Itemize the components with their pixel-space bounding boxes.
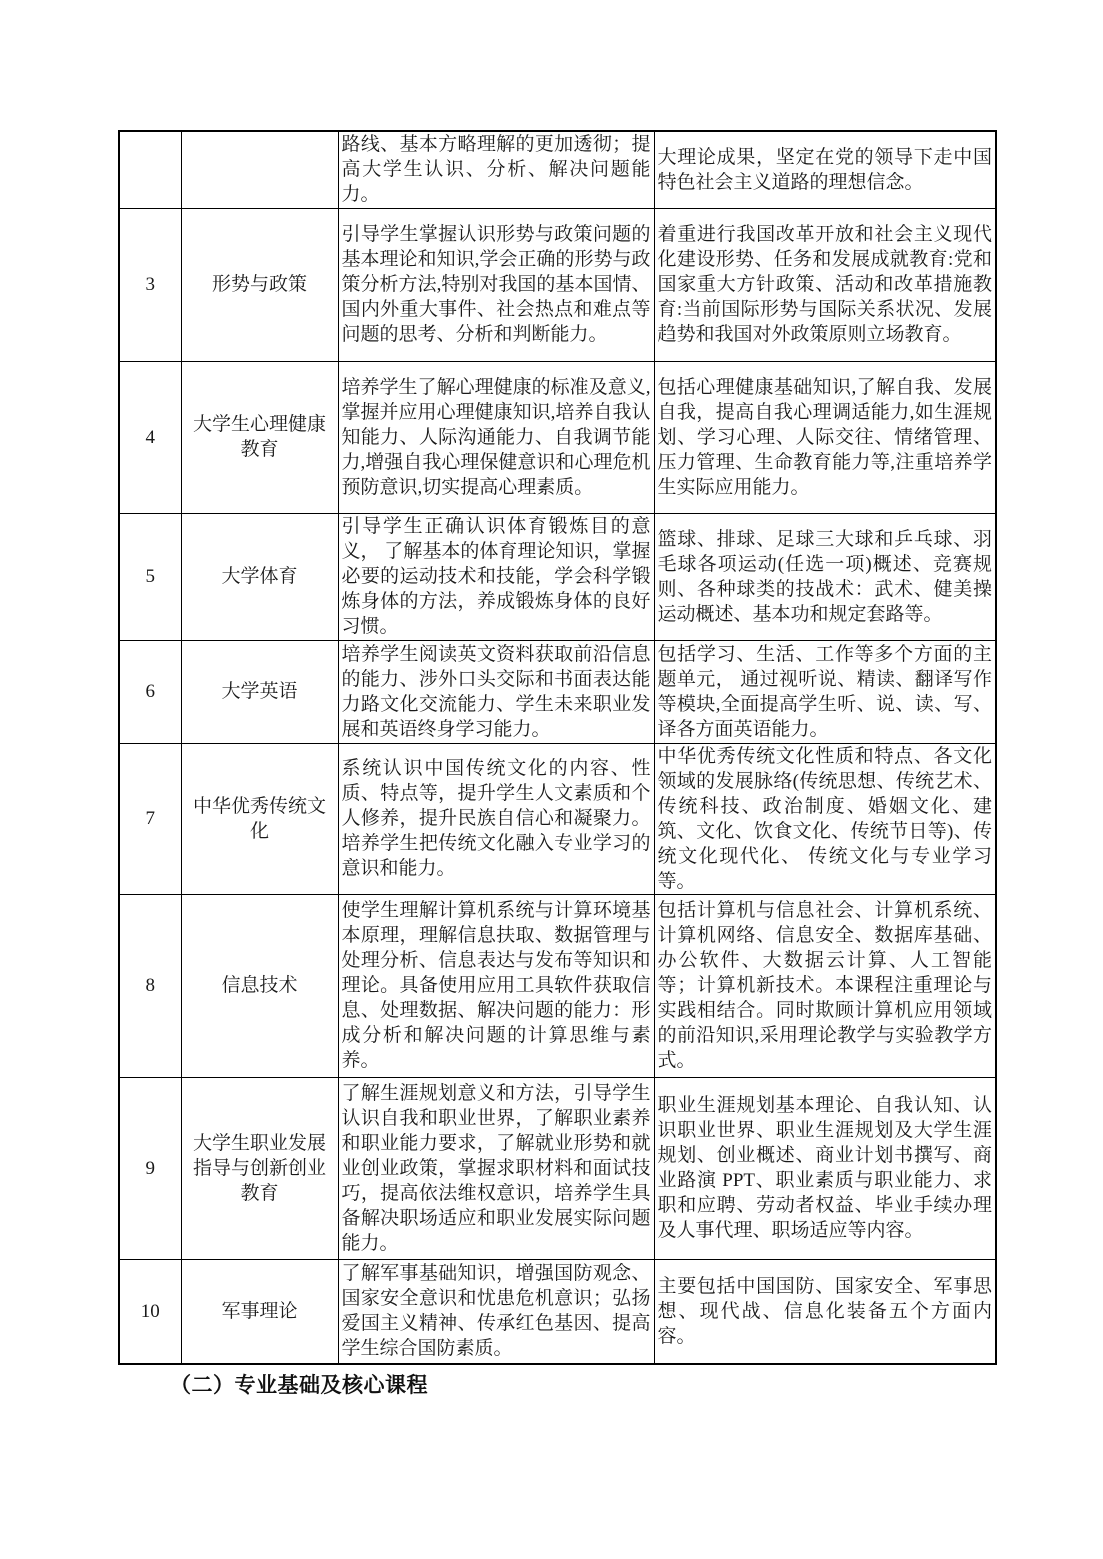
- public-courses-table: 路线、基本方略理解的更加透彻；提高大学生认识、分析、解决问题能力。 大理论成果，…: [118, 130, 997, 1365]
- course-name-cell: 形势与政策: [181, 208, 338, 361]
- course-name-cell: 信息技术: [181, 894, 338, 1077]
- course-no-cell: 5: [119, 513, 181, 640]
- course-content-cell: 主要包括中国国防、国家安全、军事思想、现代战、信息化装备五个方面内容。: [654, 1259, 996, 1364]
- course-name-cell: 军事理论: [181, 1259, 338, 1364]
- course-objective-cell: 引导学生掌握认识形势与政策问题的基本理论和知识,学会正确的形势与政策分析方法,特…: [338, 208, 654, 361]
- section-heading: （二）专业基础及核心课程: [170, 1369, 428, 1399]
- course-name-cell: 大学体育: [181, 513, 338, 640]
- course-content-cell: 包括学习、生活、工作等多个方面的主题单元， 通过视听说、精读、翻译写作等模块,全…: [654, 640, 996, 743]
- table-row: 5 大学体育 引导学生正确认识体育锻炼目的意义， 了解基本的体育理论知识，掌握必…: [119, 513, 996, 640]
- course-name-cell: 大学英语: [181, 640, 338, 743]
- course-no-cell: 3: [119, 208, 181, 361]
- course-no-cell: 10: [119, 1259, 181, 1364]
- course-objective-cell: 系统认识中国传统文化的内容、性质、特点等，提升学生人文素质和个人修养，提升民族自…: [338, 743, 654, 894]
- course-content-cell: 中华优秀传统文化性质和特点、各文化领域的发展脉络(传统思想、传统艺术、传统科技、…: [654, 743, 996, 894]
- course-no-cell: 6: [119, 640, 181, 743]
- course-content-cell: 包括计算机与信息社会、计算机系统、计算机网络、信息安全、数据库基础、办公软件、大…: [654, 894, 996, 1077]
- course-name-cell: [181, 131, 338, 208]
- course-content-cell: 包括心理健康基础知识,了解自我、发展自我，提高自我心理调适能力,如生涯规划、学习…: [654, 361, 996, 513]
- course-objective-cell: 了解军事基础知识，增强国防观念、国家安全意识和忧患危机意识；弘扬爱国主义精神、传…: [338, 1259, 654, 1364]
- table-row: 4 大学生心理健康教育 培养学生了解心理健康的标准及意义,掌握并应用心理健康知识…: [119, 361, 996, 513]
- table-row: 6 大学英语 培养学生阅读英文资料获取前沿信息的能力、涉外口头交际和书面表达能力…: [119, 640, 996, 743]
- table-row: 7 中华优秀传统文化 系统认识中国传统文化的内容、性质、特点等，提升学生人文素质…: [119, 743, 996, 894]
- course-objective-cell: 培养学生了解心理健康的标准及意义,掌握并应用心理健康知识,培养自我认知能力、人际…: [338, 361, 654, 513]
- course-no-cell: 7: [119, 743, 181, 894]
- course-content-cell: 大理论成果，坚定在党的领导下走中国特色社会主义道路的理想信念。: [654, 131, 996, 208]
- course-objective-cell: 路线、基本方略理解的更加透彻；提高大学生认识、分析、解决问题能力。: [338, 131, 654, 208]
- course-name-cell: 中华优秀传统文化: [181, 743, 338, 894]
- table-row: 10 军事理论 了解军事基础知识，增强国防观念、国家安全意识和忧患危机意识；弘扬…: [119, 1259, 996, 1364]
- table-row: 8 信息技术 使学生理解计算机系统与计算环境基本原理，理解信息扶取、数据管理与处…: [119, 894, 996, 1077]
- course-no-cell: [119, 131, 181, 208]
- course-content-cell: 着重进行我国改革开放和社会主义现代化建设形势、任务和发展成就教育:党和国家重大方…: [654, 208, 996, 361]
- course-no-cell: 9: [119, 1077, 181, 1259]
- course-objective-cell: 使学生理解计算机系统与计算环境基本原理，理解信息扶取、数据管理与处理分析、信息表…: [338, 894, 654, 1077]
- table-row: 9 大学生职业发展指导与创新创业教育 了解生涯规划意义和方法，引导学生认识自我和…: [119, 1077, 996, 1259]
- course-content-cell: 职业生涯规划基本理论、自我认知、认识职业世界、职业生涯规划及大学生涯规划、创业概…: [654, 1077, 996, 1259]
- course-objective-cell: 培养学生阅读英文资料获取前沿信息的能力、涉外口头交际和书面表达能力路文化交流能力…: [338, 640, 654, 743]
- table-row: 3 形势与政策 引导学生掌握认识形势与政策问题的基本理论和知识,学会正确的形势与…: [119, 208, 996, 361]
- course-content-cell: 篮球、排球、足球三大球和乒乓球、羽毛球各项运动(任选一项)概述、竞赛规则、各种球…: [654, 513, 996, 640]
- course-no-cell: 8: [119, 894, 181, 1077]
- course-name-cell: 大学生职业发展指导与创新创业教育: [181, 1077, 338, 1259]
- table-row-continuation: 路线、基本方略理解的更加透彻；提高大学生认识、分析、解决问题能力。 大理论成果，…: [119, 131, 996, 208]
- course-no-cell: 4: [119, 361, 181, 513]
- course-objective-cell: 引导学生正确认识体育锻炼目的意义， 了解基本的体育理论知识，掌握必要的运动技术和…: [338, 513, 654, 640]
- course-objective-cell: 了解生涯规划意义和方法，引导学生认识自我和职业世界，了解职业素养和职业能力要求，…: [338, 1077, 654, 1259]
- course-name-cell: 大学生心理健康教育: [181, 361, 338, 513]
